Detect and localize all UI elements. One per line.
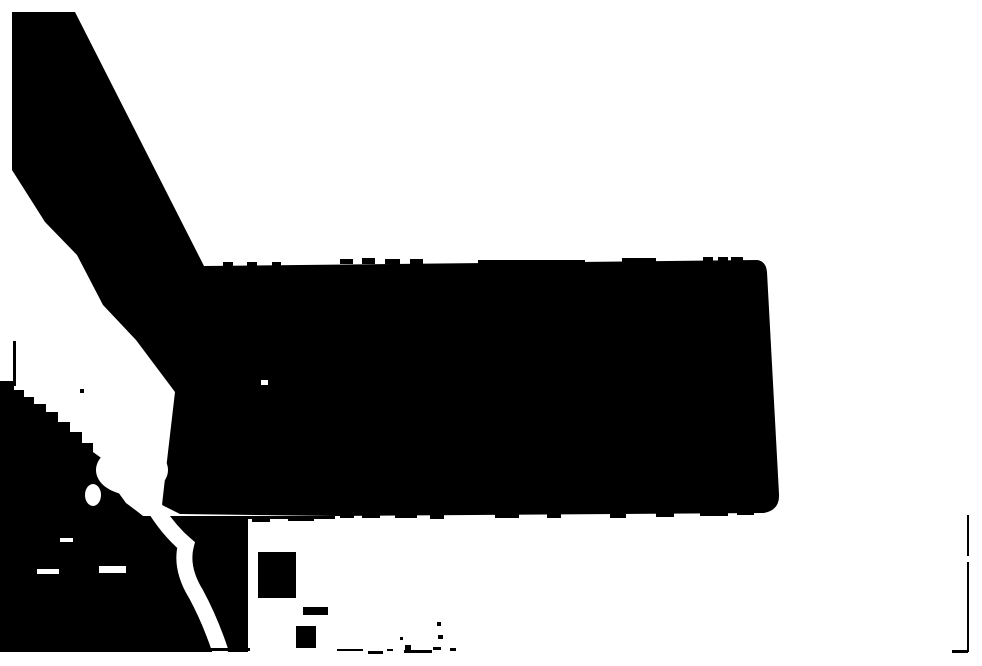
edge-nub-above-1 — [223, 262, 233, 266]
edge-nub-below-5 — [395, 514, 417, 518]
bitmap-canvas — [0, 0, 982, 666]
bottom-mark-horizontal — [404, 650, 432, 653]
edge-nub-below-1 — [252, 516, 270, 522]
bottom-dash-2 — [368, 651, 383, 654]
right-vertical-line-lower — [967, 562, 969, 652]
white-dash-3 — [60, 538, 73, 542]
edge-nub-above-12 — [731, 257, 743, 261]
edge-nub-below-9 — [610, 514, 626, 518]
bottom-dash-4 — [433, 647, 441, 650]
bottom-dash-3 — [387, 649, 393, 651]
edge-nub-above-5 — [362, 258, 375, 264]
bottom-dash-5 — [450, 648, 456, 651]
edge-nub-above-6 — [385, 259, 400, 264]
edge-nub-below-8 — [547, 514, 561, 518]
edge-nub-below-12 — [737, 509, 754, 515]
bottom-dot-3 — [438, 635, 443, 639]
right-bottom-tick — [952, 650, 968, 653]
edge-nub-below-11 — [700, 511, 728, 516]
right-vertical-line-upper — [967, 515, 969, 556]
white-oval — [85, 484, 101, 506]
edge-nub-below-2 — [288, 516, 314, 521]
edge-nub-below-7 — [495, 514, 519, 518]
white-speck-in-slab — [261, 380, 268, 385]
left-vertical-line — [13, 341, 16, 386]
bottom-dot-2 — [437, 622, 441, 626]
edge-nub-above-4 — [340, 259, 353, 264]
mass-bottom-line — [175, 648, 250, 651]
edge-nub-below-10 — [656, 512, 674, 517]
white-blob — [96, 445, 168, 495]
bottom-dot-1 — [400, 637, 403, 640]
edge-nub-below-6 — [430, 514, 444, 519]
edge-nub-above-11 — [718, 257, 728, 261]
white-dash-1 — [37, 569, 59, 574]
white-dash-2 — [99, 566, 126, 573]
stair-dot — [80, 389, 84, 393]
black-island-3 — [303, 607, 328, 615]
black-island-2 — [296, 626, 316, 648]
edge-nub-above-9 — [622, 258, 656, 263]
edge-nub-above-8 — [478, 260, 585, 264]
black-island-1 — [258, 552, 296, 598]
edge-nub-above-3 — [272, 262, 281, 266]
bottom-dash-1 — [337, 649, 363, 651]
edge-nub-above-2 — [247, 262, 257, 266]
edge-nub-above-10 — [703, 257, 713, 261]
edge-nub-above-7 — [410, 259, 423, 264]
edge-nub-below-4 — [362, 512, 380, 518]
thresholded-photograph — [0, 0, 982, 666]
edge-nub-below-3 — [340, 513, 354, 518]
